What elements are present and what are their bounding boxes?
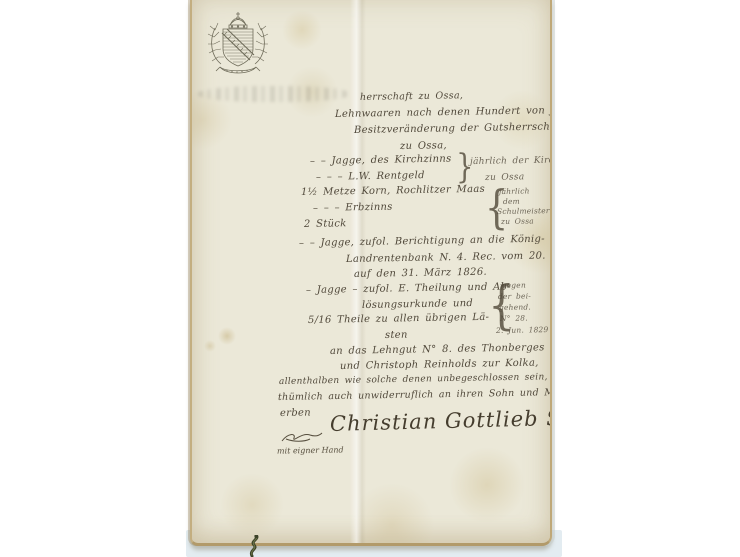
manuscript-line: herrschaft zu Ossa, (360, 90, 463, 103)
manuscript-line: – – – Erbzinns (313, 202, 393, 214)
ink-bleedthrough (198, 86, 350, 102)
brace-note: der bei- (498, 291, 531, 301)
manuscript-line: 1½ Metze Korn, Rochlitzer Maas (301, 184, 485, 198)
brace-note: dem (503, 197, 520, 206)
brace-note: N° 28. (500, 314, 528, 323)
manuscript-line: 5/16 Theile zu allen übrigen Lä- (308, 312, 489, 326)
brace-note: jährlich (499, 186, 530, 196)
manuscript-page: herrschaft zu Ossa, Lehnwaaren nach dene… (190, 0, 552, 546)
brace-note: zu Ossa (501, 216, 534, 226)
manuscript-line: sten (385, 330, 408, 341)
signature-note: mit eigner Hand (277, 445, 344, 455)
signature-flourish-icon (280, 430, 324, 446)
manuscript-line: – – Jagge, zufol. Berichtigung an die Kö… (299, 234, 545, 249)
brace-note: wegen (500, 281, 526, 290)
manuscript-line: auf den 31. März 1826. (354, 267, 487, 280)
manuscript-line: – – – L.W. Rentgeld (316, 170, 425, 183)
manuscript-line: Landrentenbank N. 4. Rec. vom 20. (346, 251, 546, 265)
manuscript-line: und Christoph Reinholds zur Kolka, (340, 358, 539, 372)
manuscript-line: an das Lehngut N° 8. des Thonberges (330, 342, 545, 357)
brace-note: gehend. (499, 302, 531, 312)
brace-note: Schulmeister (497, 206, 550, 216)
manuscript-line: allenthalben wie solche denen unbegeschl… (279, 371, 552, 387)
saxon-coat-of-arms-stamp (206, 11, 270, 77)
manuscript-line: Besitzveränderung der Gutsherrschaft (354, 121, 552, 136)
manuscript-line: Lehnwaaren nach denen Hundert von jeder (335, 105, 552, 120)
binding-thread (243, 535, 269, 557)
brace-note: jährlich der Kirche (470, 155, 552, 167)
manuscript-line: zu Ossa, (400, 140, 447, 152)
brace-note: 2. Jun. 1829 (496, 325, 549, 335)
manuscript-line: erben (280, 407, 311, 419)
manuscript-line: – Jagge – zufol. E. Theilung und Ab- (306, 281, 511, 296)
manuscript-line: 2 Stück (304, 218, 347, 230)
brace-icon: } (456, 150, 473, 184)
manuscript-line: lösungsurkunde und (362, 298, 473, 311)
signature: Christian Gottlieb Schuster (330, 404, 552, 436)
scanned-document-photo: herrschaft zu Ossa, Lehnwaaren nach dene… (0, 0, 740, 557)
manuscript-line: – – Jagge, des Kirchzinns (310, 154, 452, 167)
manuscript-line: thümlich auch unwiderruflich an ihren So… (278, 387, 552, 403)
